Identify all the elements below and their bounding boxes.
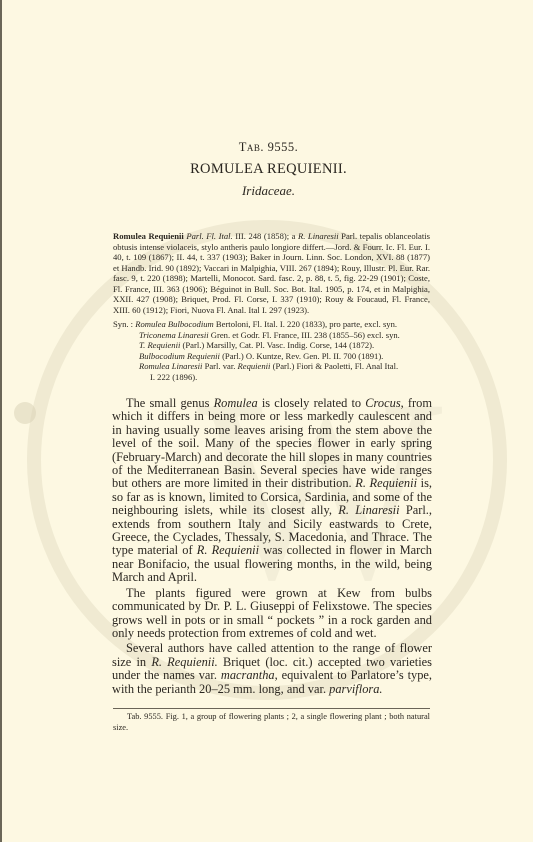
synonym-item: T. Requienii (Parl.) Marsilly, Cat. Pl. …: [113, 340, 433, 351]
paragraph-1: The small genus Romulea is closely relat…: [112, 397, 432, 585]
synonym-item: Bulbocodium Requienii (Parl.) O. Kuntze,…: [113, 351, 433, 362]
document-page: W Tab. 9555. ROMULEA REQUIENII. Iridacea…: [0, 0, 533, 842]
footnote-divider: [113, 708, 430, 709]
synonyms-block: Syn. : Romulea Bulbocodium Bertoloni, Fl…: [113, 319, 433, 382]
body-text: The small genus Romulea is closely relat…: [112, 397, 432, 696]
family-name: Iridaceae.: [2, 183, 533, 199]
synonym-item: Romulea Linaresii Parl. var. Requienii (…: [113, 361, 433, 372]
citation-author: Parl. Fl. Ital.: [186, 231, 232, 241]
paragraph-3: Several authors have called attention to…: [112, 642, 432, 696]
synonym-item-continued: I. 222 (1896).: [113, 372, 433, 383]
synonym-item: Syn. : Romulea Bulbocodium Bertoloni, Fl…: [113, 319, 433, 330]
plate-caption: Tab. 9555. Fig. 1, a group of flowering …: [113, 712, 430, 733]
caption-plate-ref: Tab. 9555.: [113, 712, 163, 721]
paragraph-2: The plants figured were grown at Kew fro…: [112, 587, 432, 641]
citation-species-name: Romulea Requienii: [113, 231, 184, 241]
watermark-dot: [14, 402, 36, 424]
species-title: ROMULEA REQUIENII.: [2, 161, 533, 178]
synonym-item: Triconema Linaresii Gren. et Godr. Fl. F…: [113, 330, 433, 341]
plate-number: Tab. 9555.: [2, 140, 533, 155]
citation-block: Romulea Requienii Parl. Fl. Ital. III. 2…: [113, 231, 430, 315]
